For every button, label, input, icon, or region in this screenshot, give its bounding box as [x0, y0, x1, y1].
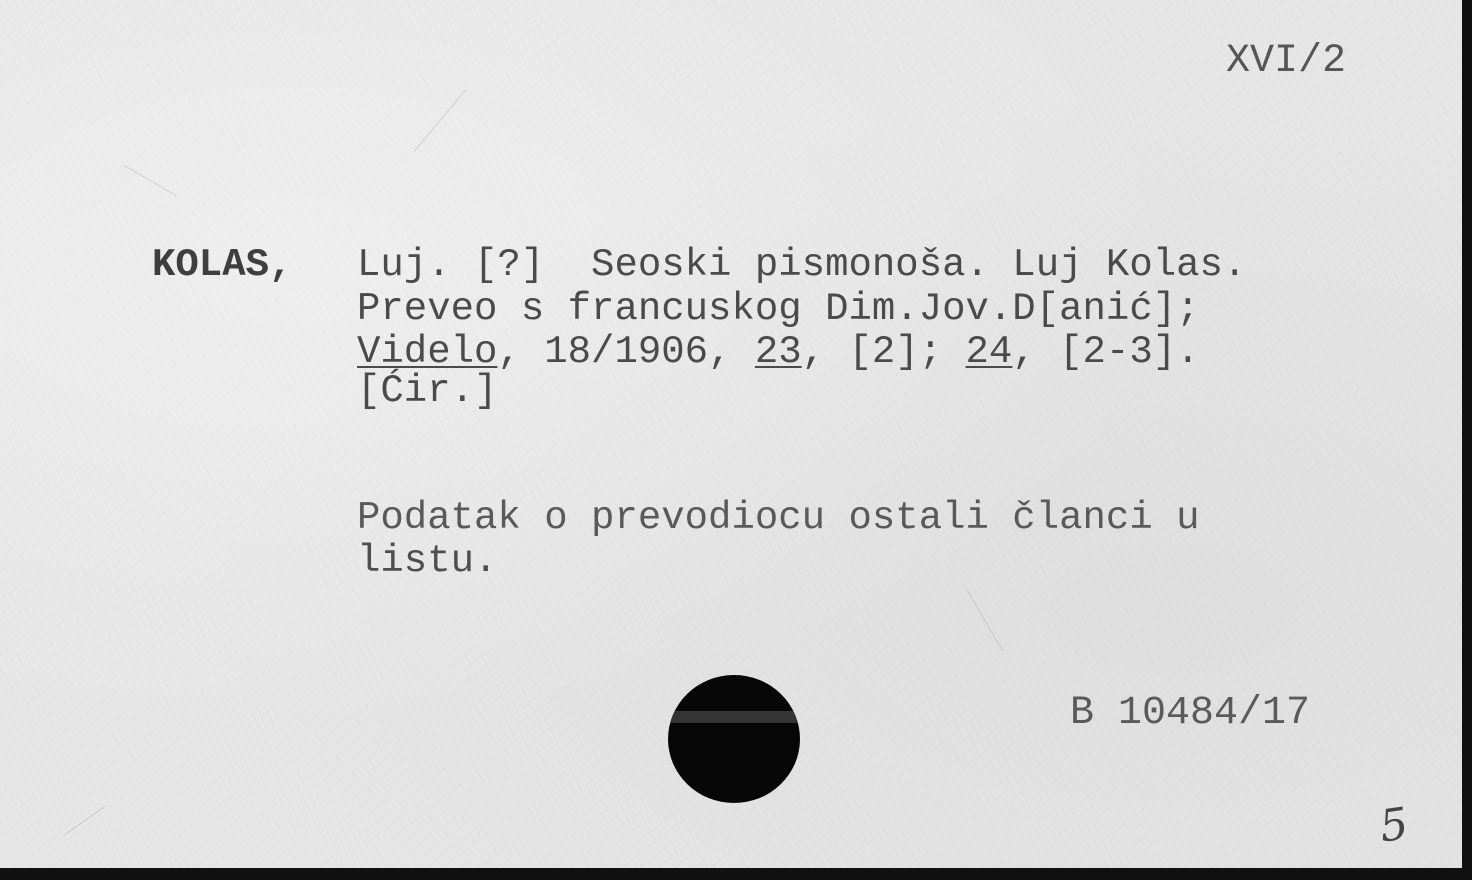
source-title: Videlo: [357, 330, 497, 374]
paper-fiber: [64, 806, 106, 835]
paper-fiber: [967, 590, 1003, 651]
scan-border-bottom: [0, 868, 1472, 880]
entry-line-source: Videlo, 18/1906, 23, [2]; 24, [2-3].: [357, 333, 1200, 372]
paper-fiber: [124, 165, 176, 196]
paper-fiber: [414, 90, 466, 152]
entry-line-script: [Ćir.]: [357, 372, 497, 411]
author-surname: KOLAS,: [152, 246, 292, 285]
catalog-card: XVI/2 KOLAS, Luj. [?] Seoski pismonoša. …: [0, 0, 1462, 868]
issue-pages-1: , [2];: [802, 330, 966, 374]
issue-pages-2: , [2-3].: [1012, 330, 1199, 374]
shelfmark: B 10484/17: [1070, 694, 1310, 734]
issue-number-2: 24: [966, 330, 1013, 374]
punch-hole: [668, 675, 800, 803]
classification-code: XVI/2: [1226, 42, 1346, 82]
scan-border-right: [1462, 0, 1472, 880]
note-line-2: listu.: [357, 542, 497, 581]
handwritten-number: 5: [1377, 798, 1412, 852]
source-year: , 18/1906,: [497, 330, 754, 374]
note-line-1: Podatak o prevodiocu ostali članci u: [357, 499, 1200, 538]
entry-line-translator: Preveo s francuskog Dim.Jov.D[anić];: [357, 290, 1200, 329]
issue-number-1: 23: [755, 330, 802, 374]
entry-line-title: Luj. [?] Seoski pismonoša. Luj Kolas.: [357, 246, 1246, 285]
